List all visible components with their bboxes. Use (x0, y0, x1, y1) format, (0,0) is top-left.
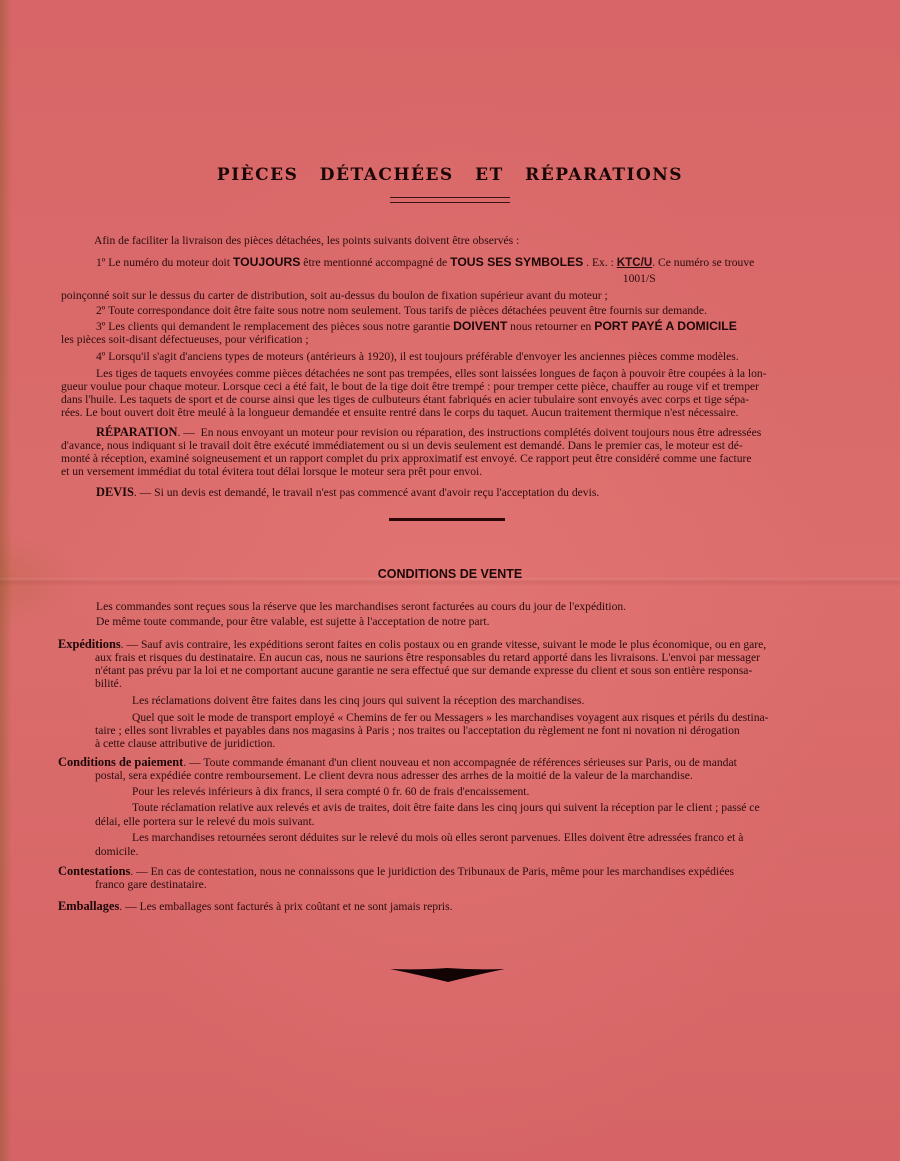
point-3-cont: les pièces soit-disant défectueuses, pou… (61, 333, 309, 347)
contestations-line-2: franco gare destinataire. (95, 878, 207, 892)
devis-line: DEVIS. — Si un devis est demandé, le tra… (96, 485, 599, 500)
tiges-line-4: rées. Le bout ouvert doit être meulé à l… (61, 406, 739, 420)
tiges-line-3: dans l'huile. Les taquets de sport et de… (61, 393, 749, 407)
paiement-line-4: Toute réclamation relative aux relevés e… (132, 801, 760, 815)
point-3: 3º Les clients qui demandent le remplace… (96, 319, 737, 334)
expeditions-line-7: taire ; elles sont livrables et payables… (95, 724, 740, 738)
intro-text: Afin de faciliter la livraison des pièce… (94, 234, 519, 248)
paiement-line-5: délai, elle portera sur le relevé du moi… (95, 815, 315, 829)
paiement-line-1: Conditions de paiement. — Toute commande… (58, 755, 737, 770)
engine-symbol-example: KTC/U1001/S (617, 256, 652, 270)
expeditions-line-5: Les réclamations doivent être faites dan… (132, 694, 584, 708)
reparation-line-2: d'avance, nous indiquant si le travail d… (61, 439, 743, 453)
document-page: PIÈCES DÉTACHÉES ET RÉPARATIONS Afin de … (0, 0, 900, 1161)
point-2: 2º Toute correspondance doit être faite … (96, 304, 707, 318)
conditions-intro-2: De même toute commande, pour être valabl… (96, 615, 490, 629)
paiement-line-6: Les marchandises retournées seront dédui… (132, 831, 743, 845)
section-separator (389, 518, 505, 521)
tiges-line-1: Les tiges de taquets envoyées comme pièc… (96, 367, 767, 381)
tiges-line-2: gueur voulue pour chaque moteur. Lorsque… (61, 380, 759, 394)
reparation-line-1: RÉPARATION. — En nous envoyant un moteur… (96, 425, 761, 440)
expeditions-line-8: à cette clause attributive de juridictio… (95, 737, 275, 751)
end-ornament-icon (390, 966, 505, 984)
title-double-rule (390, 197, 510, 203)
expeditions-line-3: n'étant pas prévu par la loi et ne compo… (95, 664, 752, 678)
section-title-pieces: PIÈCES DÉTACHÉES ET RÉPARATIONS (0, 165, 900, 185)
contestations-line-1: Contestations. — En cas de contestation,… (58, 864, 734, 879)
paiement-line-7: domicile. (95, 845, 138, 859)
reparation-line-3: monté à réception, examiné soigneusement… (61, 452, 752, 466)
expeditions-line-4: bilité. (95, 677, 122, 691)
paiement-line-2: postal, sera expédiée contre rembourseme… (95, 769, 693, 783)
expeditions-line-2: aux frais et risques du destinataire. En… (95, 651, 760, 665)
point-1: 1º Le numéro du moteur doit TOUJOURS êtr… (96, 255, 754, 270)
reparation-line-4: et un versement immédiat du total éviter… (61, 465, 482, 479)
point-1-cont: poinçonné soit sur le dessus du carter d… (61, 289, 608, 303)
expeditions-line-1: Expéditions. — Sauf avis contraire, les … (58, 637, 766, 652)
point-4: 4º Lorsqu'il s'agit d'anciens types de m… (96, 350, 739, 364)
emballages-line: Emballages. — Les emballages sont factur… (58, 899, 453, 914)
expeditions-line-6: Quel que soit le mode de transport emplo… (132, 711, 769, 725)
section-title-conditions: CONDITIONS DE VENTE (0, 567, 900, 581)
paiement-line-3: Pour les relevés inférieurs à dix francs… (132, 785, 529, 799)
conditions-intro-1: Les commandes sont reçues sous la réserv… (96, 600, 626, 614)
